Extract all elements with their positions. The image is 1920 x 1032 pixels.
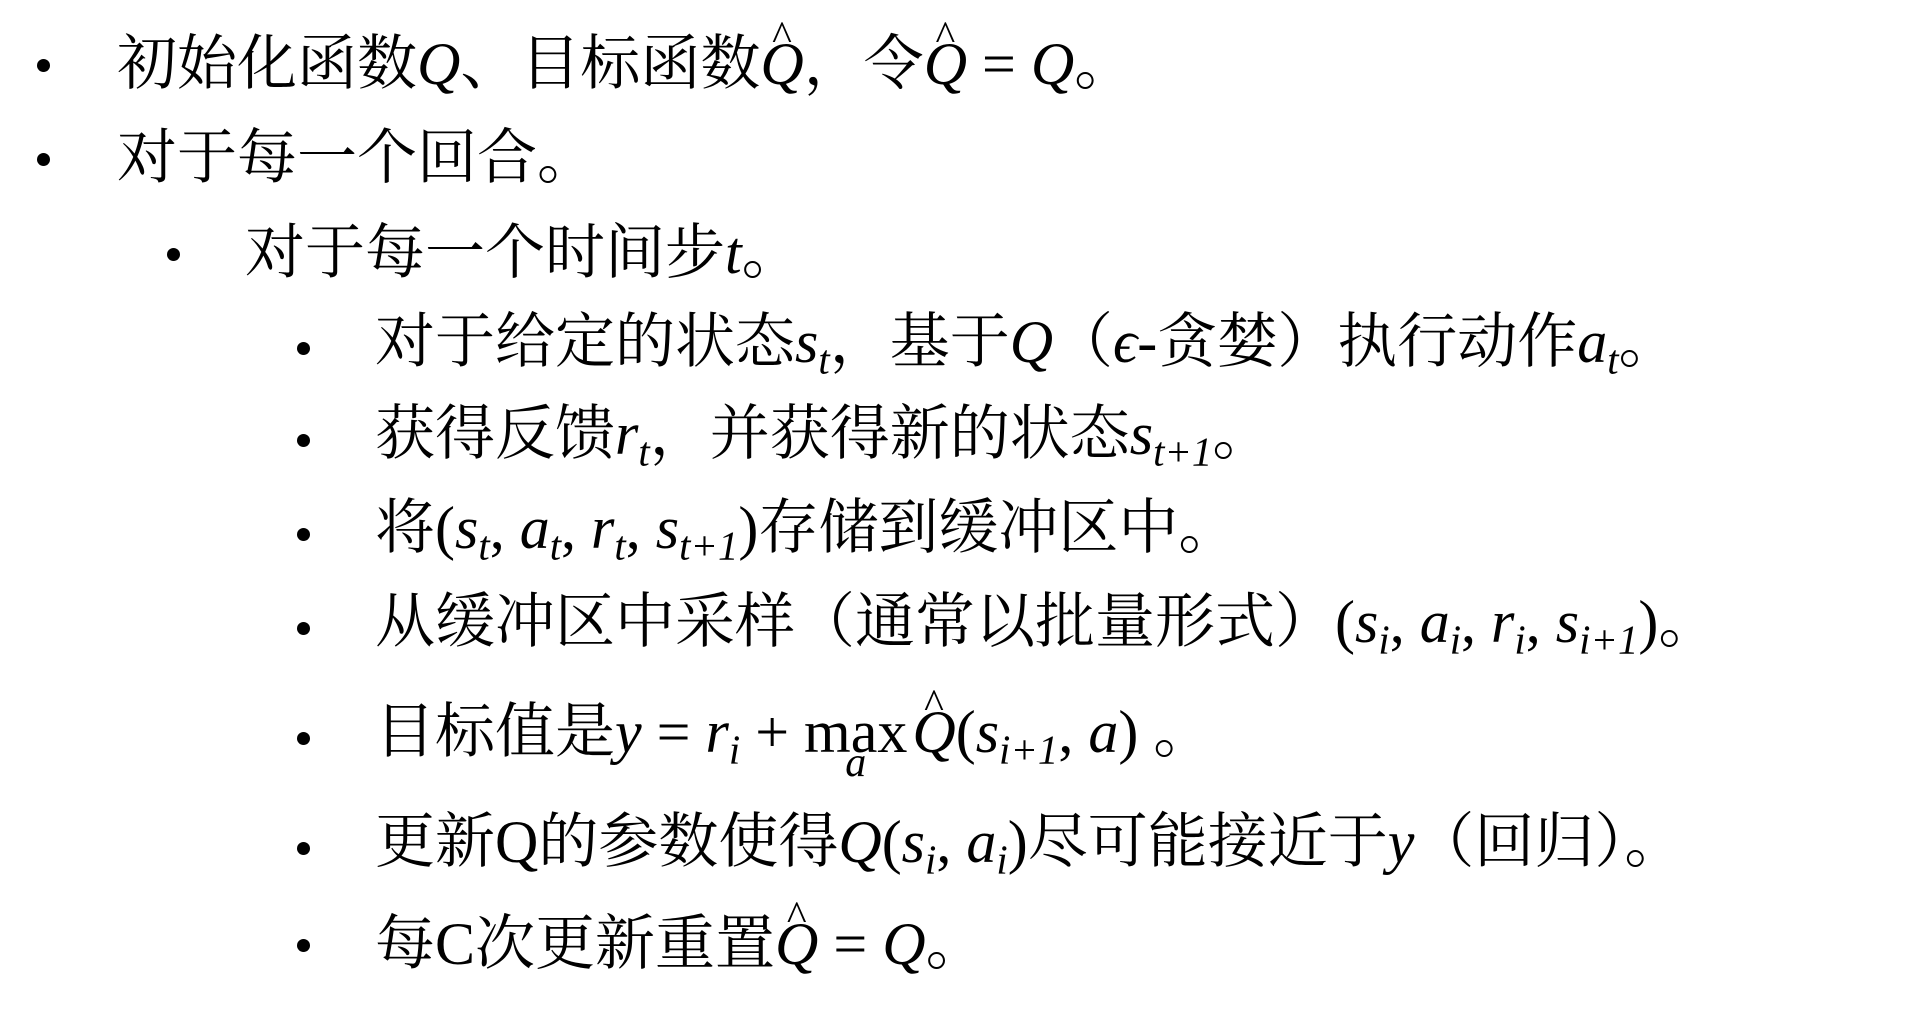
math-paren: ( xyxy=(956,699,976,765)
text-segment: 获得反馈 xyxy=(375,401,615,467)
math-t: t xyxy=(725,220,742,286)
bullet-text: 对于每一个时间步t。 xyxy=(245,223,802,283)
text-segment: ，令 xyxy=(804,31,924,97)
text-segment: 将 xyxy=(375,495,435,561)
text-segment: -贪婪）执行动作 xyxy=(1137,309,1577,375)
math-comma: , xyxy=(1461,589,1491,655)
bullet-dot-icon xyxy=(297,622,310,635)
math-paren: ) xyxy=(738,495,758,561)
math-comma: , xyxy=(1058,699,1088,765)
bullet-item-feedback: 获得反馈rt，并获得新的状态st+1。 xyxy=(0,395,1920,485)
text-segment: ，并获得新的状态 xyxy=(650,401,1130,467)
bullet-text: 对于每一个回合。 xyxy=(117,128,597,188)
text-segment: 从缓冲区中采样（通常以批量形式） xyxy=(375,589,1335,655)
text-segment: 。 xyxy=(926,911,986,977)
math-paren: ( xyxy=(435,495,455,561)
bullet-dot-icon xyxy=(37,153,50,166)
math-s: s xyxy=(656,495,679,561)
bullet-item-sample: 从缓冲区中采样（通常以批量形式）(si, ai, ri, si+1)。 xyxy=(0,583,1920,673)
math-s: s xyxy=(795,309,818,375)
text-segment: 存储到缓冲区中。 xyxy=(758,495,1238,561)
math-subscript: t xyxy=(478,523,489,568)
math-r: r xyxy=(705,699,728,765)
bullet-item-target: 目标值是y = ri + maxa Q(si+1, a) 。 xyxy=(0,693,1920,783)
bullet-text: 更新Q的参数使得Q(si, ai)尽可能接近于y（回归）。 xyxy=(375,812,1684,881)
bullet-text: 初始化函数Q、目标函数Q，令Q = Q。 xyxy=(117,34,1134,94)
math-Q: Q xyxy=(1031,31,1074,97)
bullet-item-act: 对于给定的状态st，基于Q（ϵ-贪婪）执行动作at。 xyxy=(0,303,1920,393)
math-comma: , xyxy=(626,495,656,561)
bullet-text: 目标值是y = ri + maxa Q(si+1, a) 。 xyxy=(375,702,1213,771)
math-a: a xyxy=(966,809,996,875)
bullet-dot-icon xyxy=(297,528,310,541)
bullet-dot-icon xyxy=(297,939,310,952)
text-segment: 。 xyxy=(1619,309,1679,375)
math-comma: , xyxy=(1390,589,1420,655)
math-Q: Q xyxy=(1010,309,1053,375)
math-equals: = xyxy=(967,31,1031,97)
math-Q-hat: Q xyxy=(924,34,967,94)
math-subscript: i xyxy=(1450,617,1461,662)
math-y: y xyxy=(1388,809,1415,875)
text-segment: 初始化函数 xyxy=(117,31,417,97)
text-segment: 对于给定的状态 xyxy=(375,309,795,375)
math-paren: ( xyxy=(1335,589,1355,655)
bullet-dot-icon xyxy=(167,248,180,261)
math-comma: , xyxy=(490,495,520,561)
bullet-item-episode: 对于每一个回合。 xyxy=(0,114,1920,204)
math-subscript: i xyxy=(729,727,740,772)
math-subscript: i xyxy=(996,837,1007,882)
text-segment: ，基于 xyxy=(830,309,1010,375)
bullet-text: 每C次更新重置Q = Q。 xyxy=(375,914,986,974)
text-segment: 对于每一个时间步 xyxy=(245,220,725,286)
text-segment: 对于每一个回合。 xyxy=(117,125,597,191)
math-a: a xyxy=(1088,699,1118,765)
bullet-dot-icon xyxy=(37,59,50,72)
text-segment: （ xyxy=(1053,309,1113,375)
math-comma: , xyxy=(561,495,591,561)
math-subscript: i xyxy=(925,837,936,882)
bullet-item-init: 初始化函数Q、目标函数Q，令Q = Q。 xyxy=(0,20,1920,110)
math-r: r xyxy=(615,401,638,467)
text-segment: 。 xyxy=(1658,589,1718,655)
text-segment: 。 xyxy=(1138,699,1213,765)
math-subscript: i+1 xyxy=(1579,617,1638,662)
math-comma: , xyxy=(1526,589,1556,655)
math-paren: ( xyxy=(882,809,902,875)
math-a: a xyxy=(1420,589,1450,655)
text-segment: 。 xyxy=(742,220,802,286)
text-segment: （回归）。 xyxy=(1414,809,1684,875)
bullet-text: 对于给定的状态st，基于Q（ϵ-贪婪）执行动作at。 xyxy=(375,312,1679,381)
math-r: r xyxy=(591,495,614,561)
math-comma: , xyxy=(936,809,966,875)
bullet-text: 获得反馈rt，并获得新的状态st+1。 xyxy=(375,404,1272,473)
bullet-dot-icon xyxy=(297,434,310,447)
math-paren: ) xyxy=(1118,699,1138,765)
math-paren: ) xyxy=(1008,809,1028,875)
text-segment: 目标值是 xyxy=(375,699,615,765)
bullet-item-store: 将(st, at, rt, st+1)存储到缓冲区中。 xyxy=(0,489,1920,579)
math-paren: ) xyxy=(1638,589,1658,655)
slide: 初始化函数Q、目标函数Q，令Q = Q。 对于每一个回合。 对于每一个时间步t。… xyxy=(0,0,1920,1032)
math-subscript: i xyxy=(1514,617,1525,662)
text-segment: 、目标函数 xyxy=(460,31,760,97)
math-subscript: i+1 xyxy=(999,727,1058,772)
math-equals: = xyxy=(818,911,882,977)
math-equals: = xyxy=(642,699,706,765)
bullet-dot-icon xyxy=(297,342,310,355)
math-Q-hat: Q xyxy=(775,914,818,974)
bullet-dot-icon xyxy=(297,842,310,855)
math-s: s xyxy=(1556,589,1579,655)
math-Q: Q xyxy=(417,31,460,97)
bullet-item-update: 更新Q的参数使得Q(si, ai)尽可能接近于y（回归）。 xyxy=(0,803,1920,893)
math-Q: Q xyxy=(882,911,925,977)
text-segment: 更新Q的参数使得 xyxy=(375,809,838,875)
math-subscript: t xyxy=(614,523,625,568)
math-subscript: t xyxy=(550,523,561,568)
math-epsilon: ϵ xyxy=(1113,309,1137,375)
math-a: a xyxy=(520,495,550,561)
math-s: s xyxy=(1355,589,1378,655)
math-subscript: t xyxy=(1607,337,1618,382)
math-subscript: i xyxy=(1378,617,1389,662)
math-max-subscript: a xyxy=(804,742,907,784)
math-a: a xyxy=(1577,309,1607,375)
math-subscript: t xyxy=(818,337,829,382)
bullet-text: 从缓冲区中采样（通常以批量形式）(si, ai, ri, si+1)。 xyxy=(375,592,1718,661)
text-segment: 尽可能接近于 xyxy=(1028,809,1388,875)
bullet-item-reset: 每C次更新重置Q = Q。 xyxy=(0,900,1920,990)
math-subscript: t xyxy=(638,429,649,474)
math-s: s xyxy=(902,809,925,875)
math-s: s xyxy=(455,495,478,561)
math-subscript: t+1 xyxy=(1153,429,1212,474)
math-Q-hat: Q xyxy=(912,702,955,762)
math-s: s xyxy=(976,699,999,765)
text-segment: 。 xyxy=(1212,401,1272,467)
math-s: s xyxy=(1130,401,1153,467)
bullet-text: 将(st, at, rt, st+1)存储到缓冲区中。 xyxy=(375,498,1238,567)
math-plus: + xyxy=(740,699,804,765)
math-subscript: t+1 xyxy=(679,523,738,568)
bullet-item-timestep: 对于每一个时间步t。 xyxy=(0,209,1920,299)
text-segment: 每C次更新重置 xyxy=(375,911,775,977)
bullet-dot-icon xyxy=(297,732,310,745)
math-Q: Q xyxy=(838,809,881,875)
math-max-operator: maxa xyxy=(804,702,907,762)
math-y: y xyxy=(615,699,642,765)
math-Q-hat: Q xyxy=(760,34,803,94)
math-r: r xyxy=(1491,589,1514,655)
text-segment: 。 xyxy=(1074,31,1134,97)
